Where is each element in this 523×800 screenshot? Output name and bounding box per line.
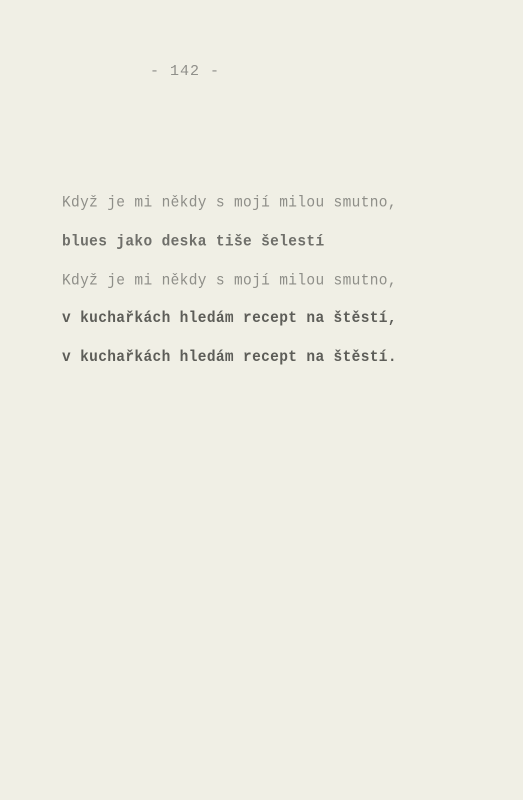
page-number: - 142 -: [150, 63, 230, 80]
poem-line: v kuchařkách hledám recept na štěstí.: [62, 351, 397, 364]
poem-line: Když je mi někdy s mojí milou smutno,: [62, 275, 397, 288]
poem-line: v kuchařkách hledám recept na štěstí,: [62, 313, 397, 326]
poem-line: blues jako deska tiše šelestí: [62, 236, 397, 249]
typewritten-page: - 142 - Když je mi někdy s mojí milou sm…: [0, 0, 523, 800]
poem-stanza: Když je mi někdy s mojí milou smutno, bl…: [62, 172, 397, 390]
poem-line: Když je mi někdy s mojí milou smutno,: [62, 198, 397, 211]
